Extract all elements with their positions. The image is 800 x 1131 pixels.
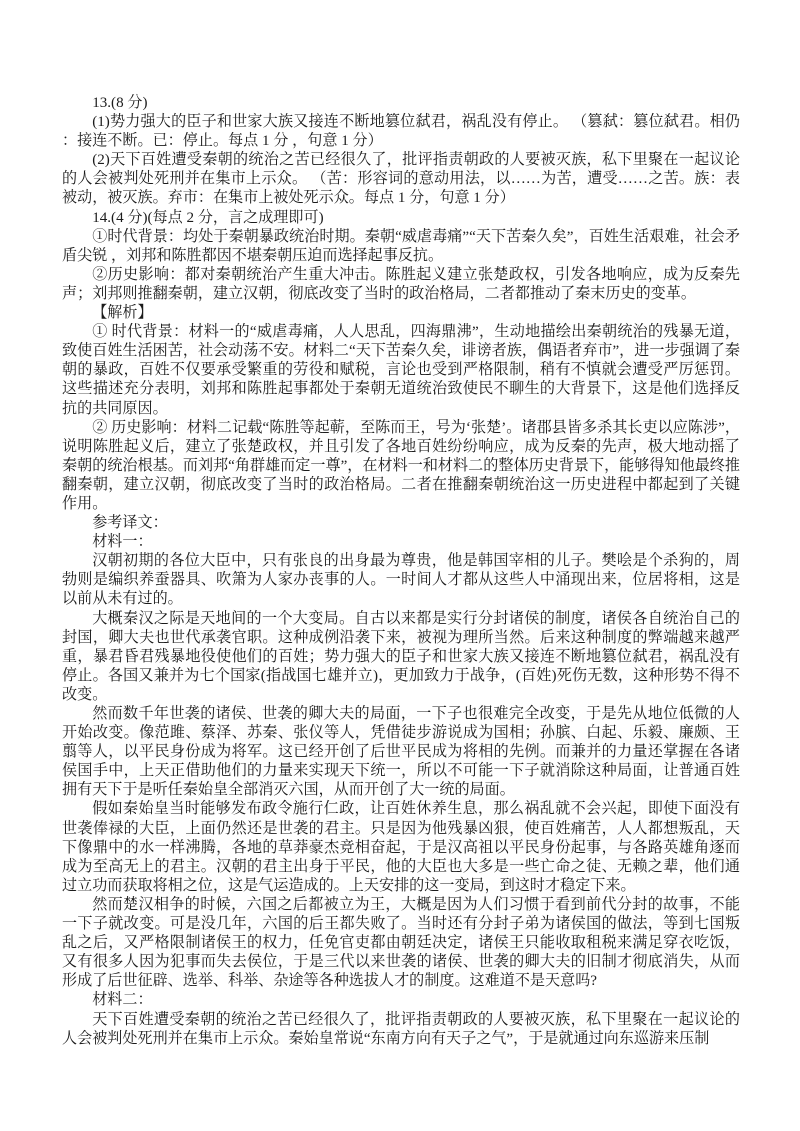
answer-14-point-background: ①时代背景：均处于秦朝暴政统治时期。秦朝“威虐毒痛”“天下苦秦久矣”，百姓生活艰… <box>62 228 740 266</box>
question-13-header: 13.(8 分) <box>62 94 740 113</box>
material-1-paragraph: 大概秦汉之际是天地间的一个大变局。自古以来都是实行分封诸侯的制度，诸侯各自统治自… <box>62 610 740 705</box>
material-1-paragraph: 然而数千年世袭的诸侯、世袭的卿大夫的局面，一下子也很难完全改变，于是先从地位低微… <box>62 705 740 800</box>
answer-13-item-2: (2)天下百姓遭受秦朝的统治之苦已经很久了，批评指责朝政的人要被灭族，私下里聚在… <box>62 151 740 208</box>
reference-translation-label: 参考译文： <box>62 514 740 533</box>
document-page: 13.(8 分) (1)势力强大的臣子和世家大族又接连不断地篡位弑君，祸乱没有停… <box>0 0 800 1131</box>
material-2-paragraph: 天下百姓遭受秦朝的统治之苦已经很久了，批评指责朝政的人要被灭族，私下里聚在一起议… <box>62 1011 740 1049</box>
material-1-paragraph: 假如秦始皇当时能够发布政令施行仁政，让百姓休养生息，那么祸乱就不会兴起，即使下面… <box>62 800 740 895</box>
material-1-label: 材料一： <box>62 533 740 552</box>
question-14-header: 14.(4 分)(每点 2 分，言之成理即可) <box>62 209 740 228</box>
answer-13-item-1: (1)势力强大的臣子和世家大族又接连不断地篡位弑君，祸乱没有停止。 （篡弑：篡位… <box>62 113 740 151</box>
material-1-paragraph: 汉朝初期的各位大臣中，只有张良的出身最为尊贵，他是韩国宰相的儿子。樊哙是个杀狗的… <box>62 552 740 609</box>
material-2-label: 材料二： <box>62 991 740 1010</box>
answer-14-point-impact: ②历史影响：都对秦朝统治产生重大冲击。陈胜起义建立张楚政权，引发各地响应，成为反… <box>62 266 740 304</box>
material-1-paragraph: 然而楚汉相争的时候，六国之后都被立为王，大概是因为人们习惯于看到前代分封的故事，… <box>62 896 740 991</box>
analysis-point-impact: ② 历史影响：材料二记载“陈胜等起蕲，至陈而王，号为‘张楚’。诸郡县皆多杀其长吏… <box>62 419 740 514</box>
analysis-point-background: ① 时代背景：材料一的“威虐毒痛，人人思乱，四海鼎沸”，生动地描绘出秦朝统治的残… <box>62 323 740 418</box>
analysis-label: 【解析】 <box>62 304 740 323</box>
